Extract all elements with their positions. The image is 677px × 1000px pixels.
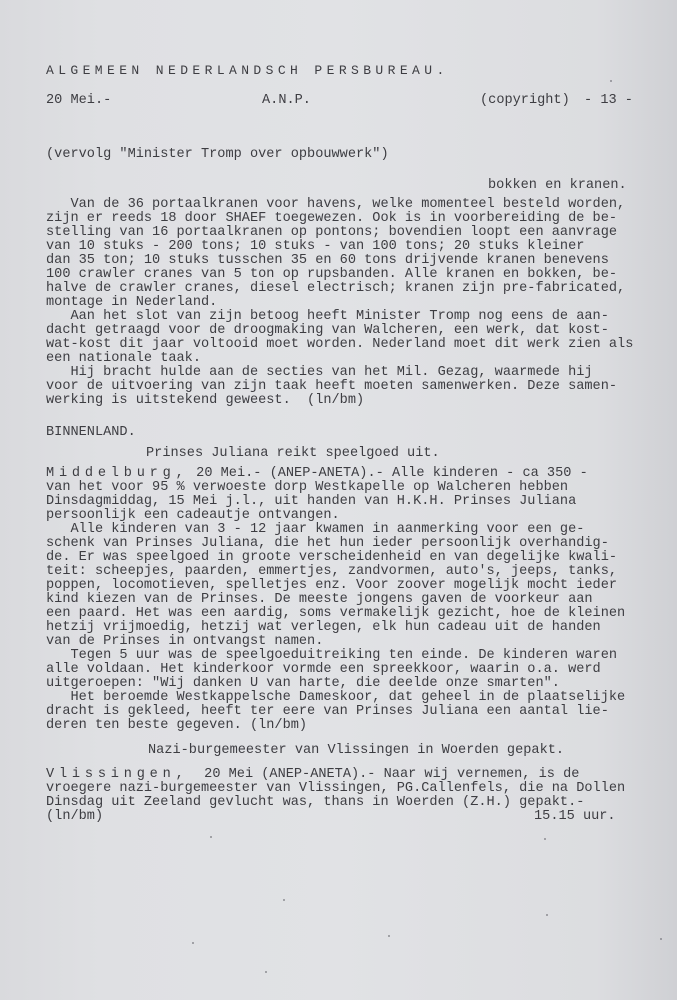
agency-letterhead: ALGEMEEN NEDERLANDSCH PERSBUREAU.: [46, 64, 449, 78]
paper-speck: [210, 836, 212, 838]
text-line: Aan het slot van zijn betoog heeft Minis…: [46, 310, 609, 324]
text-line: dracht is gekleed, heeft ter eere van Pr…: [46, 705, 609, 719]
text-line: van 10 stuks - 200 tons; 10 stuks - van …: [46, 240, 584, 254]
text-line: deren ten beste gegeven. (ln/bm): [46, 719, 307, 733]
continuation-title: (vervolg "Minister Tromp over opbouwwerk…: [46, 148, 389, 162]
paper-speck: [610, 80, 612, 82]
text-line: Alle kinderen van 3 - 12 jaar kwamen in …: [46, 523, 584, 537]
text-line: kind kiezen van de Prinses. De meeste jo…: [46, 593, 593, 607]
header-copyright: (copyright): [480, 94, 570, 108]
paper-speck: [544, 838, 546, 840]
text-line: poppen, locomotieven, spelletjes enz. Vo…: [46, 579, 617, 593]
continuation-subhead: bokken en kranen.: [488, 179, 627, 193]
text-line: halve de crawler cranes, diesel electris…: [46, 282, 625, 296]
text-line: alle voldaan. Het kinderkoor vormde een …: [46, 663, 601, 677]
article-title: Nazi-burgemeester van Vlissingen in Woer…: [148, 744, 564, 758]
text-line: dan 35 ton; 10 stuks tusschen 35 en 60 t…: [46, 254, 609, 268]
text-line: een nationale taak.: [46, 352, 201, 366]
text-line: 20 Mei.- (ANEP-ANETA).- Alle kinderen - …: [188, 467, 588, 481]
text-line: Hij bracht hulde aan de secties van het …: [46, 366, 593, 380]
paper-speck: [388, 935, 390, 937]
text-line: wat-kost dit jaar voltooid moet worden. …: [46, 338, 633, 352]
header-agency-abbrev: A.N.P.: [262, 94, 311, 108]
filing-time: 15.15 uur.: [534, 810, 616, 824]
paper-speck: [546, 914, 548, 916]
text-line: teit: scheepjes, paarden, emmertjes, zan…: [46, 565, 617, 579]
paper-speck: [283, 899, 285, 901]
text-line: van de Prinses in ontvangst namen.: [46, 635, 323, 649]
signoff: (ln/bm): [46, 810, 103, 824]
section-heading: BINNENLAND.: [46, 426, 136, 440]
text-line: de. Er was speelgoed in groote verscheid…: [46, 551, 617, 565]
header-date: 20 Mei.-: [46, 94, 111, 108]
document-page: ALGEMEEN NEDERLANDSCH PERSBUREAU. 20 Mei…: [0, 0, 677, 1000]
text-line: werking is uitstekend geweest. (ln/bm): [46, 394, 364, 408]
text-line: Dinsdagmiddag, 15 Mei j.l., uit handen v…: [46, 495, 576, 509]
text-line: stelling van 16 portaalkranen op pontons…: [46, 226, 617, 240]
text-line: schenk van Prinses Juliana, die het hun …: [46, 537, 609, 551]
article-title: Prinses Juliana reikt speelgoed uit.: [146, 447, 440, 461]
page-number: - 13 -: [584, 94, 633, 108]
text-line: een paard. Het was een aardig, soms verm…: [46, 607, 625, 621]
text-line: uitgeroepen: "Wij danken U van harte, di…: [46, 677, 560, 691]
text-line: 20 Mei (ANEP-ANETA).- Naar wij vernemen,…: [196, 768, 579, 782]
text-line: voor de uitvoering van zijn taak heeft m…: [46, 380, 617, 394]
text-line: Dinsdag uit Zeeland gevlucht was, thans …: [46, 796, 584, 810]
text-line: montage in Nederland.: [46, 296, 217, 310]
text-line: Het beroemde Westkappelsche Dameskoor, d…: [46, 691, 625, 705]
text-line: 100 crawler cranes van 5 ton op rupsband…: [46, 268, 617, 282]
paper-speck: [192, 942, 194, 944]
text-line: persoonlijk een cadeautje ontvangen.: [46, 509, 340, 523]
text-line: zijn er reeds 18 door SHAEF toegewezen. …: [46, 212, 617, 226]
text-line: van het voor 95 % verwoeste dorp Westkap…: [46, 481, 568, 495]
dateline-place: Middelburg,: [46, 467, 189, 481]
text-line: hetzij vrijmoedig, hetzij wat verlegen, …: [46, 621, 601, 635]
text-line: Van de 36 portaalkranen voor havens, wel…: [46, 198, 625, 212]
text-line: vroegere nazi-burgemeester van Vlissinge…: [46, 782, 625, 796]
paper-speck: [660, 938, 662, 940]
dateline-place: Vlissingen,: [46, 768, 189, 782]
text-line: Tegen 5 uur was de speelgoeduitreiking t…: [46, 649, 617, 663]
paper-speck: [265, 971, 267, 973]
text-line: dacht getraagd voor de droogmaking van W…: [46, 324, 609, 338]
